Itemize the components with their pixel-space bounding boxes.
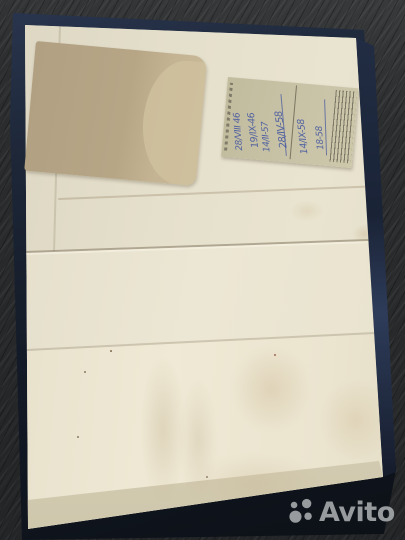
handwritten-date: 19/IX-46 (246, 112, 261, 148)
handwritten-date: 28/VIII 46 (232, 112, 245, 151)
page-stain (290, 200, 324, 222)
avito-logo-icon (288, 498, 316, 526)
paper-speck (77, 436, 79, 438)
card-content-rotated: 28/VIII 46 19/IX-46 14/II-57 28/IV-58 14… (222, 77, 359, 168)
photo-scene: 28/VIII 46 19/IX-46 14/II-57 28/IV-58 14… (0, 0, 405, 540)
card-rules-fine-print (330, 90, 357, 164)
avito-watermark: Avito (288, 498, 395, 526)
handwritten-date: 14/IX-58 (296, 119, 311, 155)
avito-wordmark: Avito (319, 499, 395, 526)
pocket-worn-highlight (138, 57, 208, 186)
paper-speck (206, 476, 208, 478)
paper-speck (274, 354, 276, 356)
library-date-card: 28/VIII 46 19/IX-46 14/II-57 28/IV-58 14… (221, 77, 358, 168)
page-stain (230, 343, 312, 435)
handwritten-date: 14/II-57 (260, 121, 272, 152)
library-book-pocket (24, 41, 207, 186)
paper-speck (84, 371, 86, 373)
paper-speck (110, 350, 112, 352)
